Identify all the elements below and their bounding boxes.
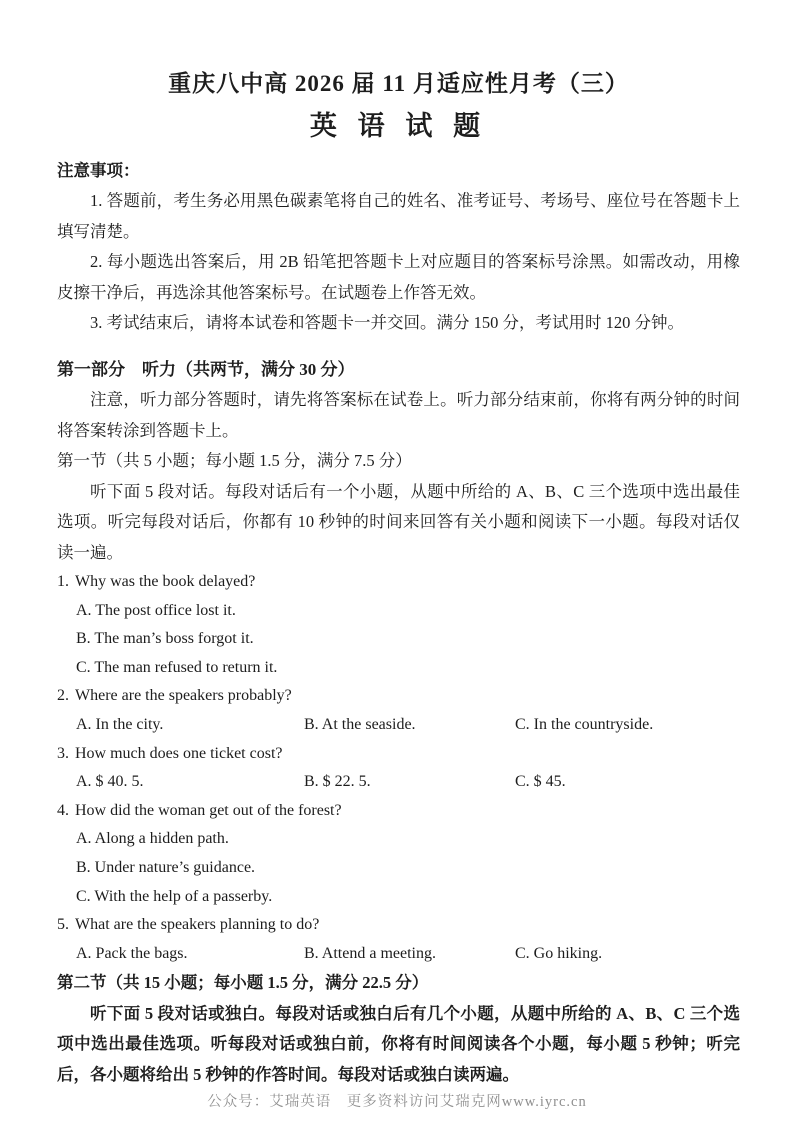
- part1-listening-section: 第一部分 听力（共两节，满分 30 分） 注意，听力部分答题时，请先将答案标在试…: [57, 355, 740, 1091]
- question-stem: What are the speakers planning to do?: [75, 916, 319, 933]
- options-row: A. In the city. B. At the seaside. C. In…: [57, 711, 740, 740]
- part1-heading: 第一部分 听力（共两节，满分 30 分）: [57, 355, 740, 386]
- question-3: 3.How much does one ticket cost? A. $ 40…: [57, 740, 740, 797]
- options-row: A. Pack the bags. B. Attend a meeting. C…: [57, 940, 740, 969]
- options-row: A. $ 40. 5. B. $ 22. 5. C. $ 45.: [57, 768, 740, 797]
- question-stem: How did the woman get out of the forest?: [75, 802, 342, 819]
- question-text: 5.What are the speakers planning to do?: [57, 911, 740, 940]
- option-a: A. $ 40. 5.: [76, 768, 304, 797]
- options-list: A. Along a hidden path. B. Under nature’…: [57, 825, 740, 911]
- question-1: 1.Why was the book delayed? A. The post …: [57, 568, 740, 682]
- question-5: 5.What are the speakers planning to do? …: [57, 911, 740, 968]
- question-number: 4.: [57, 802, 69, 819]
- option-c: C. Go hiking.: [515, 940, 740, 969]
- option-b: B. $ 22. 5.: [304, 768, 515, 797]
- question-text: 2.Where are the speakers probably?: [57, 682, 740, 711]
- option-b: B. Under nature’s guidance.: [57, 854, 740, 883]
- question-2: 2.Where are the speakers probably? A. In…: [57, 682, 740, 739]
- question-stem: Where are the speakers probably?: [75, 687, 292, 704]
- notice-section: 注意事项： 1. 答题前，考生务必用黑色碳素笔将自己的姓名、准考证号、考场号、座…: [57, 156, 740, 339]
- page-title: 重庆八中高 2026 届 11 月适应性月考（三）: [57, 68, 740, 100]
- notice-heading: 注意事项：: [57, 156, 740, 186]
- question-number: 3.: [57, 745, 69, 762]
- option-a: A. Along a hidden path.: [57, 825, 740, 854]
- option-c: C. $ 45.: [515, 768, 740, 797]
- question-number: 2.: [57, 687, 69, 704]
- page-subtitle: 英 语 试 题: [57, 108, 740, 144]
- option-a: A. The post office lost it.: [57, 597, 740, 626]
- footer-watermark: 公众号：艾瑞英语 更多资料访问艾瑞克网www.iyrc.cn: [0, 1090, 794, 1111]
- section2-heading: 第二节（共 15 小题；每小题 1.5 分，满分 22.5 分）: [57, 968, 740, 999]
- part1-note: 注意，听力部分答题时，请先将答案标在试卷上。听力部分结束前，你将有两分钟的时间将…: [57, 385, 740, 446]
- question-text: 3.How much does one ticket cost?: [57, 740, 740, 769]
- option-b: B. Attend a meeting.: [304, 940, 515, 969]
- section1-heading: 第一节（共 5 小题；每小题 1.5 分，满分 7.5 分）: [57, 446, 740, 477]
- notice-item-3: 3. 考试结束后，请将本试卷和答题卡一并交回。满分 150 分，考试用时 120…: [57, 308, 740, 339]
- question-number: 1.: [57, 573, 69, 590]
- question-text: 1.Why was the book delayed?: [57, 568, 740, 597]
- option-c: C. With the help of a passerby.: [57, 883, 740, 912]
- option-b: B. The man’s boss forgot it.: [57, 625, 740, 654]
- notice-item-2: 2. 每小题选出答案后，用 2B 铅笔把答题卡上对应题目的答案标号涂黑。如需改动…: [57, 247, 740, 308]
- section1-instructions: 听下面 5 段对话。每段对话后有一个小题，从题中所给的 A、B、C 三个选项中选…: [57, 477, 740, 569]
- exam-paper-page: 重庆八中高 2026 届 11 月适应性月考（三） 英 语 试 题 注意事项： …: [0, 0, 794, 1123]
- option-c: C. In the countryside.: [515, 711, 740, 740]
- question-text: 4.How did the woman get out of the fores…: [57, 797, 740, 826]
- notice-item-1: 1. 答题前，考生务必用黑色碳素笔将自己的姓名、准考证号、考场号、座位号在答题卡…: [57, 186, 740, 247]
- option-c: C. The man refused to return it.: [57, 654, 740, 683]
- question-number: 5.: [57, 916, 69, 933]
- option-a: A. Pack the bags.: [76, 940, 304, 969]
- question-stem: Why was the book delayed?: [75, 573, 255, 590]
- question-4: 4.How did the woman get out of the fores…: [57, 797, 740, 911]
- question-stem: How much does one ticket cost?: [75, 745, 283, 762]
- options-list: A. The post office lost it. B. The man’s…: [57, 597, 740, 683]
- option-b: B. At the seaside.: [304, 711, 515, 740]
- option-a: A. In the city.: [76, 711, 304, 740]
- section2-instructions: 听下面 5 段对话或独白。每段对话或独白后有几个小题，从题中所给的 A、B、C …: [57, 999, 740, 1091]
